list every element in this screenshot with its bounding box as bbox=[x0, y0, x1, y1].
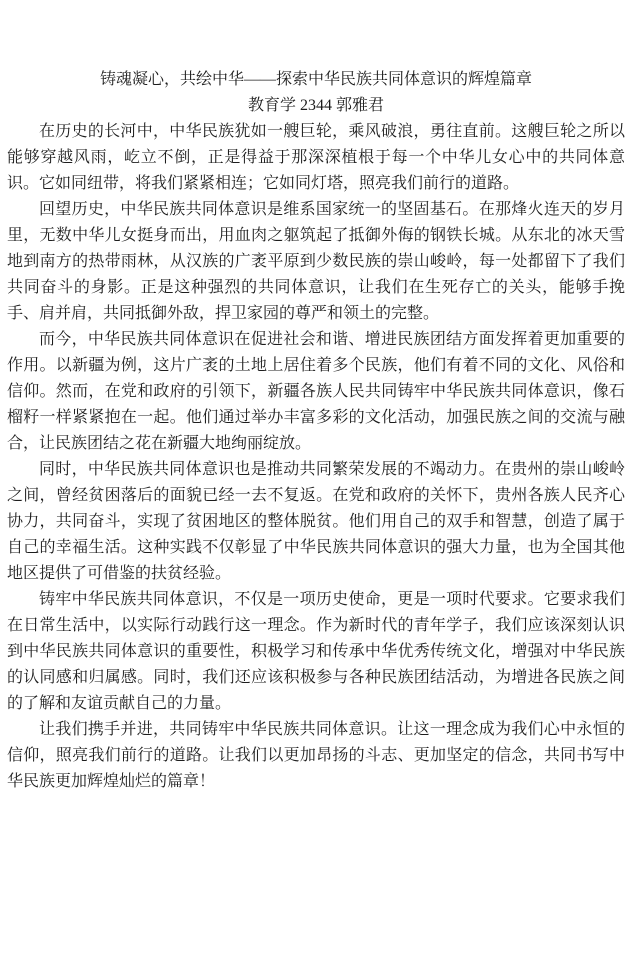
paragraph-6: 让我们携手并进，共同铸牢中华民族共同体意识。让这一理念成为我们心中永恒的信仰，照… bbox=[7, 717, 625, 795]
paragraph-5: 铸牢中华民族共同体意识，不仅是一项历史使命，更是一项时代要求。它要求我们在日常生… bbox=[7, 587, 625, 717]
paragraph-4: 同时，中华民族共同体意识也是推动共同繁荣发展的不竭动力。在贵州的崇山峻岭之间，曾… bbox=[7, 457, 625, 587]
byline: 教育学 2344 郭雅君 bbox=[7, 93, 625, 119]
paragraph-2: 回望历史，中华民族共同体意识是维系国家统一的坚固基石。在那烽火连天的岁月里，无数… bbox=[7, 197, 625, 327]
paragraph-1: 在历史的长河中，中华民族犹如一艘巨轮，乘风破浪，勇往直前。这艘巨轮之所以能够穿越… bbox=[7, 119, 625, 197]
document-page: 铸魂凝心，共绘中华——探索中华民族共同体意识的辉煌篇章 教育学 2344 郭雅君… bbox=[0, 0, 632, 963]
page-title: 铸魂凝心，共绘中华——探索中华民族共同体意识的辉煌篇章 bbox=[7, 67, 625, 93]
paragraph-3: 而今，中华民族共同体意识在促进社会和谐、增进民族团结方面发挥着更加重要的作用。以… bbox=[7, 327, 625, 457]
